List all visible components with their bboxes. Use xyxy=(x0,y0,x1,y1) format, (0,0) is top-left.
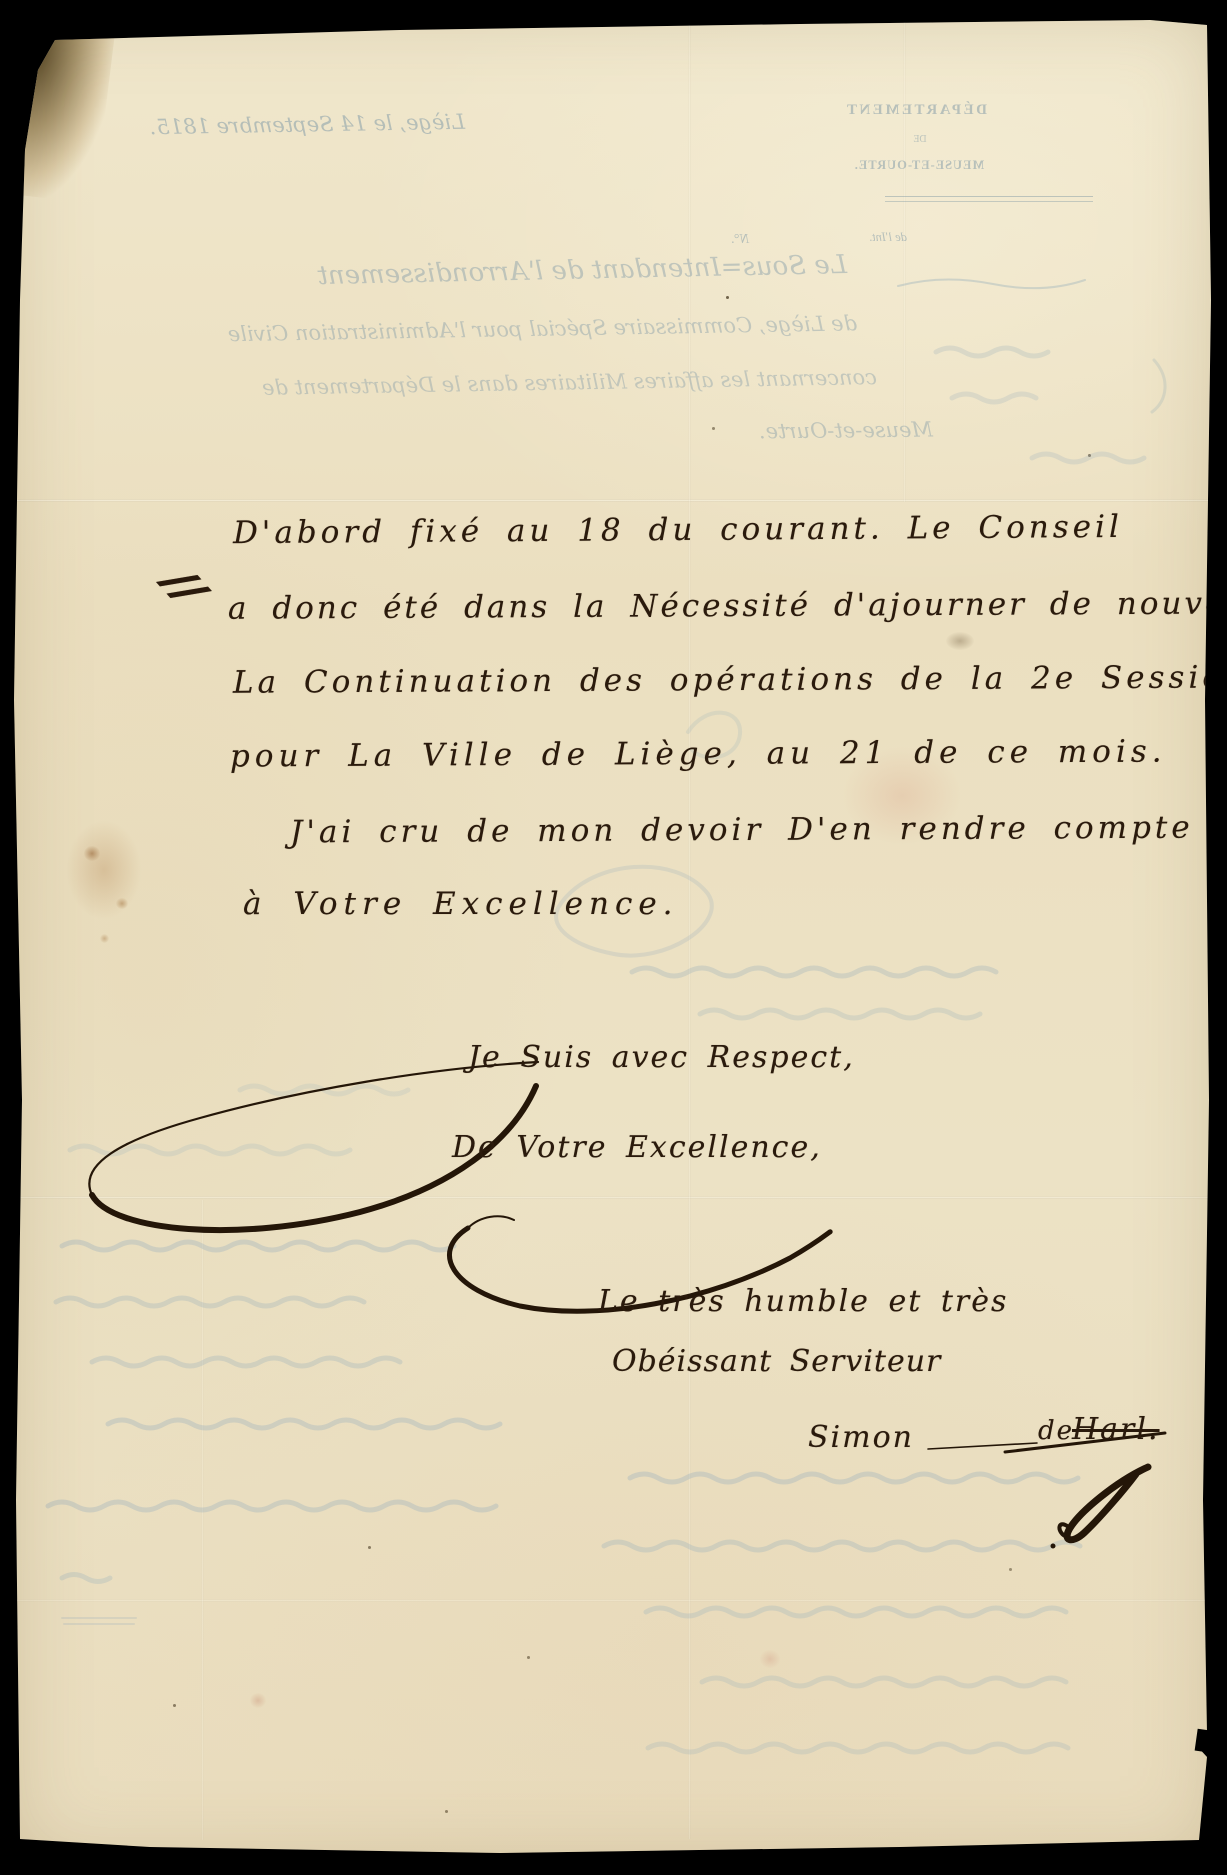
fold-crease-horizontal-middle xyxy=(14,1196,1210,1199)
paper-sheet: Liège, le 14 Septembre 1815. DÉPARTEMENT… xyxy=(0,0,1227,1875)
body-line: D'abord fixé au 18 du courant. Le Consei… xyxy=(233,509,1123,551)
bleed-opening-line: concernant les affaires Militaires dans … xyxy=(85,365,877,403)
paraph-curl xyxy=(1059,1524,1070,1537)
paraph-flourish xyxy=(1067,1467,1148,1540)
bleed-opening-line: Meuse-et-Ourte. xyxy=(85,418,933,451)
body-line: La Continuation des opérations de la 2e … xyxy=(233,659,1227,700)
bleed-letterhead-meuse-et-ourte: MEUSE-ET-OURTE. xyxy=(843,158,995,173)
foxing-spot xyxy=(116,898,128,909)
pink-spot-bottom-left xyxy=(250,1693,266,1708)
bleed-opening-line: Le Sous=Intendant de l'Arrondissement xyxy=(85,250,847,296)
bleed-letterhead-de: DE xyxy=(905,134,935,145)
bleed-letterhead-double-rule xyxy=(885,196,1093,202)
body-line: J'ai cru de mon devoir D'en rendre compt… xyxy=(290,810,1194,851)
ink-speck xyxy=(368,1546,371,1549)
le-flourish-entry xyxy=(468,1216,514,1228)
fold-crease-vertical-left-bottom xyxy=(201,1200,204,1840)
ink-speck xyxy=(445,1810,448,1813)
foxing-spot xyxy=(84,846,100,861)
signature-surname-struck: Harl. xyxy=(1072,1412,1160,1447)
fold-crease-vertical-center xyxy=(688,24,691,1839)
signature-given-name: Simon xyxy=(808,1420,914,1455)
closing-line: De Votre Excellence, xyxy=(452,1130,822,1165)
paraph-dot xyxy=(1051,1544,1056,1549)
torn-corner-stain xyxy=(0,19,115,204)
fold-crease-horizontal-lower xyxy=(14,1599,1210,1602)
bleed-registry-label: de l'Int. xyxy=(856,230,920,245)
bleed-number-label: N°. xyxy=(722,232,758,248)
body-line: a donc été dans la Nécessité d'ajourner … xyxy=(228,585,1227,626)
ink-speck xyxy=(1088,454,1091,457)
bleed-date-line: Liège, le 14 Septembre 1815. xyxy=(205,110,465,139)
ink-speck xyxy=(527,1656,530,1659)
valediction-line: Obéissant Serviteur xyxy=(612,1344,941,1379)
valediction-line: Le très humble et très xyxy=(598,1284,1008,1319)
body-line: à Votre Excellence. xyxy=(243,886,679,922)
bleed-letterhead-department: DÉPARTEMENT xyxy=(853,102,987,119)
foxing-stain-left xyxy=(66,820,142,920)
je-flourish-top xyxy=(89,1062,538,1195)
ink-speck xyxy=(173,1704,176,1707)
signature-particle: de xyxy=(1038,1416,1074,1446)
pink-spot-bottom xyxy=(760,1650,780,1668)
foxing-spot xyxy=(100,934,109,943)
ink-speck xyxy=(1009,1568,1012,1571)
fold-crease-horizontal-upper xyxy=(14,499,1210,502)
closing-line: Je Suis avec Respect, xyxy=(468,1040,855,1075)
scanned-letter-scene: Liège, le 14 Septembre 1815. DÉPARTEMENT… xyxy=(0,0,1227,1875)
signature-dash xyxy=(928,1443,1037,1449)
edge-notch xyxy=(1195,1729,1227,1756)
ink-speck xyxy=(726,296,729,299)
margin-reference-mark: // xyxy=(154,555,213,613)
body-line: pour La Ville de Liège, au 21 de ce mois… xyxy=(230,734,1167,775)
gray-smudge xyxy=(946,632,974,650)
bleed-opening-line: de Liège, Commissaire Spécial pour l'Adm… xyxy=(85,311,857,348)
